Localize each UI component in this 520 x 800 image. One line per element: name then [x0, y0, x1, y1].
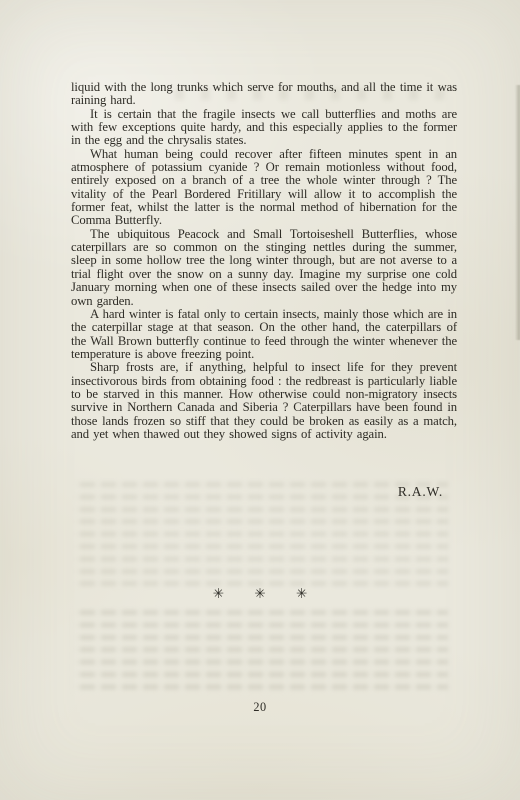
page-number: 20 — [0, 700, 520, 715]
show-through-text — [74, 610, 448, 692]
paragraph: Sharp frosts are, if anything, helpful t… — [71, 361, 457, 441]
paragraph: liquid with the long trunks which serve … — [71, 81, 457, 108]
paragraph: A hard winter is fatal only to certain i… — [71, 308, 457, 361]
paragraph: The ubiquitous Peacock and Small Tortois… — [71, 228, 457, 308]
paragraph: It is certain that the fragile insects w… — [71, 108, 457, 148]
paragraph: What human being could recover after fif… — [71, 148, 457, 228]
page-edge-shadow — [515, 85, 520, 340]
asterisk-ornament-icon: ✳ — [254, 586, 265, 602]
asterisk-ornament-icon: ✳ — [213, 586, 224, 602]
body-text: liquid with the long trunks which serve … — [71, 81, 457, 441]
book-page: liquid with the long trunks which serve … — [0, 0, 520, 800]
section-divider: ✳ ✳ ✳ — [0, 585, 520, 603]
author-initials: R.A.W. — [398, 484, 443, 500]
show-through-text — [74, 482, 448, 588]
asterisk-ornament-icon: ✳ — [296, 586, 307, 602]
